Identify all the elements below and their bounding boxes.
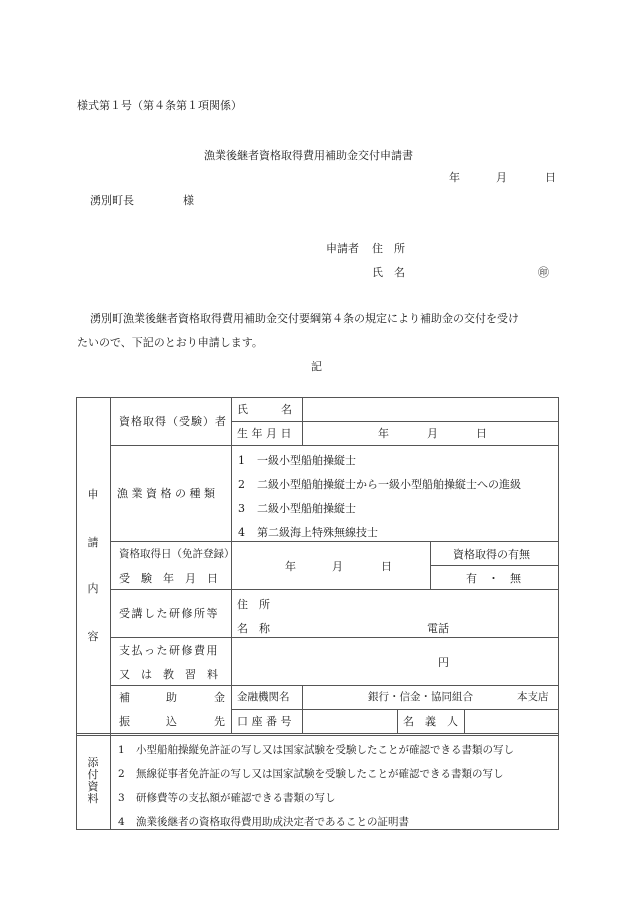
training-center-address-label: 住 所 (237, 599, 270, 610)
attachment-num: 3 (118, 793, 125, 804)
date-day-label: 日 (545, 172, 556, 183)
bank-label-char: 込 (166, 716, 177, 727)
divider (231, 445, 232, 685)
attachment-item: 研修費等の支払額が確認できる書類の写し (136, 793, 336, 804)
addressee-name: 湧別町長 (90, 195, 134, 206)
date-month-label: 月 (496, 172, 507, 183)
divider (397, 709, 398, 734)
attachment-item: 漁業後継者の資格取得費用助成決定者であることの証明書 (136, 817, 409, 828)
attachment-item: 小型船舶操縦免許証の写し又は国家試験を受験したことが確認できる書類の写し (136, 745, 514, 756)
addressee-honorific: 様 (183, 195, 194, 206)
holder-dob-year[interactable]: 年 (378, 428, 389, 439)
fee-label-2: 又 は 教 習 料 (119, 669, 218, 680)
divider (110, 541, 559, 542)
qualification-option-num: 2 (238, 479, 245, 490)
qualification-label: 漁 業 資 格 の 種 類 (117, 488, 215, 499)
attachments-label-char: 資 (86, 781, 100, 792)
double-divider (76, 733, 559, 736)
applicant-address-label: 住 所 (372, 243, 405, 254)
seal-icon: ㊞ (538, 267, 549, 278)
acquisition-status-header: 資格取得の有無 (453, 549, 530, 560)
qualification-option-num: 1 (238, 455, 245, 466)
qualification-option-num: 3 (238, 503, 245, 514)
attachment-item: 無線従事者免許証の写し又は国家試験を受験したことが確認できる書類の写し (136, 769, 504, 780)
holder-dob-day[interactable]: 日 (476, 428, 487, 439)
body-text-line-2: たいので、下記のとおり申請します。 (77, 337, 263, 348)
account-number-label: 口 座 番 号 (237, 716, 292, 727)
acquisition-status-options[interactable]: 有 ・ 無 (466, 573, 521, 584)
applicant-label: 申請者 (326, 243, 359, 254)
holder-name-label: 氏 名 (237, 404, 292, 415)
form-number: 様式第１号（第４条第１項関係） (77, 100, 242, 111)
bank-label-char: 補 (119, 692, 130, 703)
holder-name-field[interactable] (303, 398, 559, 421)
applicant-name-label: 氏 名 (372, 267, 405, 278)
ki-label: 記 (311, 361, 322, 372)
bank-label-char: 先 (214, 716, 225, 727)
attachment-num: 1 (118, 745, 125, 756)
document-title: 漁業後継者資格取得費用補助金交付申請書 (204, 150, 413, 161)
holder-dob-label: 生 年 月 日 (237, 428, 292, 439)
divider (110, 637, 559, 638)
date-year-label: 年 (449, 172, 460, 183)
account-number-field[interactable] (303, 710, 396, 733)
divider (110, 397, 111, 830)
bank-label-char: 助 (166, 692, 177, 703)
acquired-date-year[interactable]: 年 (285, 561, 296, 572)
holder-dob-month[interactable]: 月 (427, 428, 438, 439)
section-label-char: 容 (86, 631, 100, 642)
fee-label-1: 支払った研修費用 (119, 645, 219, 656)
attachment-num: 2 (118, 769, 125, 780)
qualification-option-num: 4 (238, 527, 245, 538)
section-label-char: 申 (86, 489, 100, 500)
body-text-line-1: 湧別町漁業後継者資格取得費用補助金交付要綱第４条の規定により補助金の交付を受け (90, 313, 519, 324)
training-center-name-label: 名 称 (237, 623, 270, 634)
acquired-date-label-1: 資格取得日（免許登録） (119, 549, 235, 560)
institution-types[interactable]: 銀行・信金・協同組合 (368, 692, 473, 703)
attachments-label-char: 付 (86, 769, 100, 780)
attachments-label-char: 添 (86, 757, 100, 768)
attachments-label-char: 料 (86, 793, 100, 804)
divider (430, 565, 559, 566)
qualification-option[interactable]: 二級小型船舶操縦士 (257, 503, 356, 514)
acquired-date-day[interactable]: 日 (381, 561, 392, 572)
divider (110, 589, 559, 590)
training-center-phone-label: 電話 (427, 623, 449, 634)
divider (110, 445, 559, 446)
section-label-char: 請 (86, 537, 100, 548)
divider (110, 685, 559, 686)
section-label-char: 内 (86, 583, 100, 594)
acquired-date-label-2: 受 験 年 月 日 (119, 573, 218, 584)
account-holder-label: 名 義 人 (403, 716, 458, 727)
bank-label-char: 金 (214, 692, 225, 703)
divider (231, 421, 559, 422)
bank-label-char: 振 (119, 716, 130, 727)
account-holder-field[interactable] (465, 710, 558, 733)
qualification-option[interactable]: 一級小型船舶操縦士 (257, 455, 356, 466)
qualification-option[interactable]: 第二級海上特殊無線技士 (257, 527, 378, 538)
acquired-date-month[interactable]: 月 (332, 561, 343, 572)
attachment-num: 4 (118, 817, 125, 828)
training-center-label: 受講した研修所等 (119, 608, 219, 619)
branch-label: 本支店 (517, 692, 549, 703)
institution-name-label: 金融機関名 (237, 692, 290, 703)
qualification-option[interactable]: 二級小型船舶操縦士から一級小型船舶操縦士への進級 (257, 479, 521, 490)
holder-label: 資格取得（受験）者 (119, 416, 227, 427)
fee-unit[interactable]: 円 (438, 657, 449, 668)
